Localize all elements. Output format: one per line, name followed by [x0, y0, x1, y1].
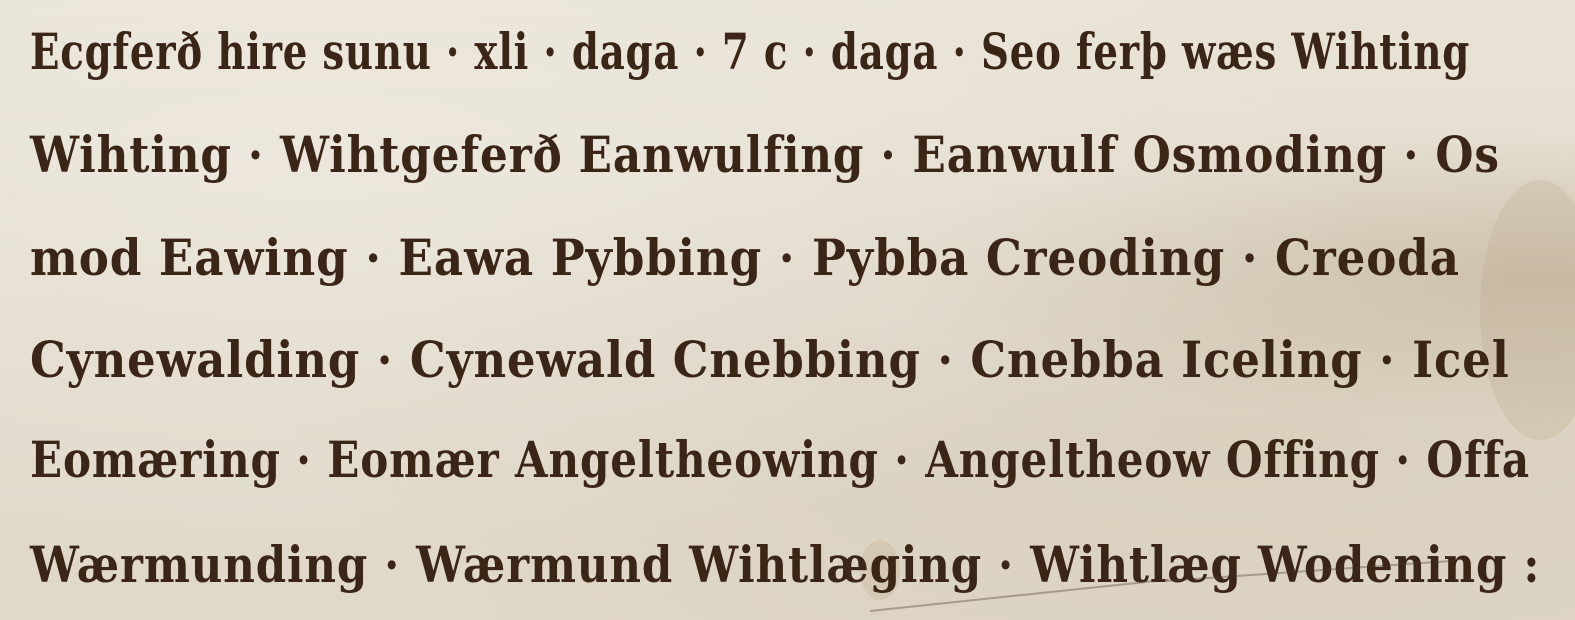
manuscript-line-2: Wihting · Wihtgeferð Eanwulfing · Eanwul…: [30, 125, 1500, 184]
parchment-stain: [1480, 180, 1575, 440]
manuscript-line-3: mod Eawing · Eawa Pybbing · Pybba Creodi…: [30, 228, 1460, 287]
manuscript-line-4: Cynewalding · Cynewald Cnebbing · Cnebba…: [30, 330, 1510, 389]
manuscript-line-1: Ecgferð hire sunu · xli · daga · 7 c · d…: [30, 22, 1470, 81]
manuscript-line-5: Eomæring · Eomær Angeltheowing · Angelth…: [30, 430, 1530, 489]
manuscript-page: Ecgferð hire sunu · xli · daga · 7 c · d…: [0, 0, 1575, 620]
manuscript-line-6: Wærmunding · Wærmund Wihtlæging · Wihtlæ…: [30, 535, 1540, 594]
